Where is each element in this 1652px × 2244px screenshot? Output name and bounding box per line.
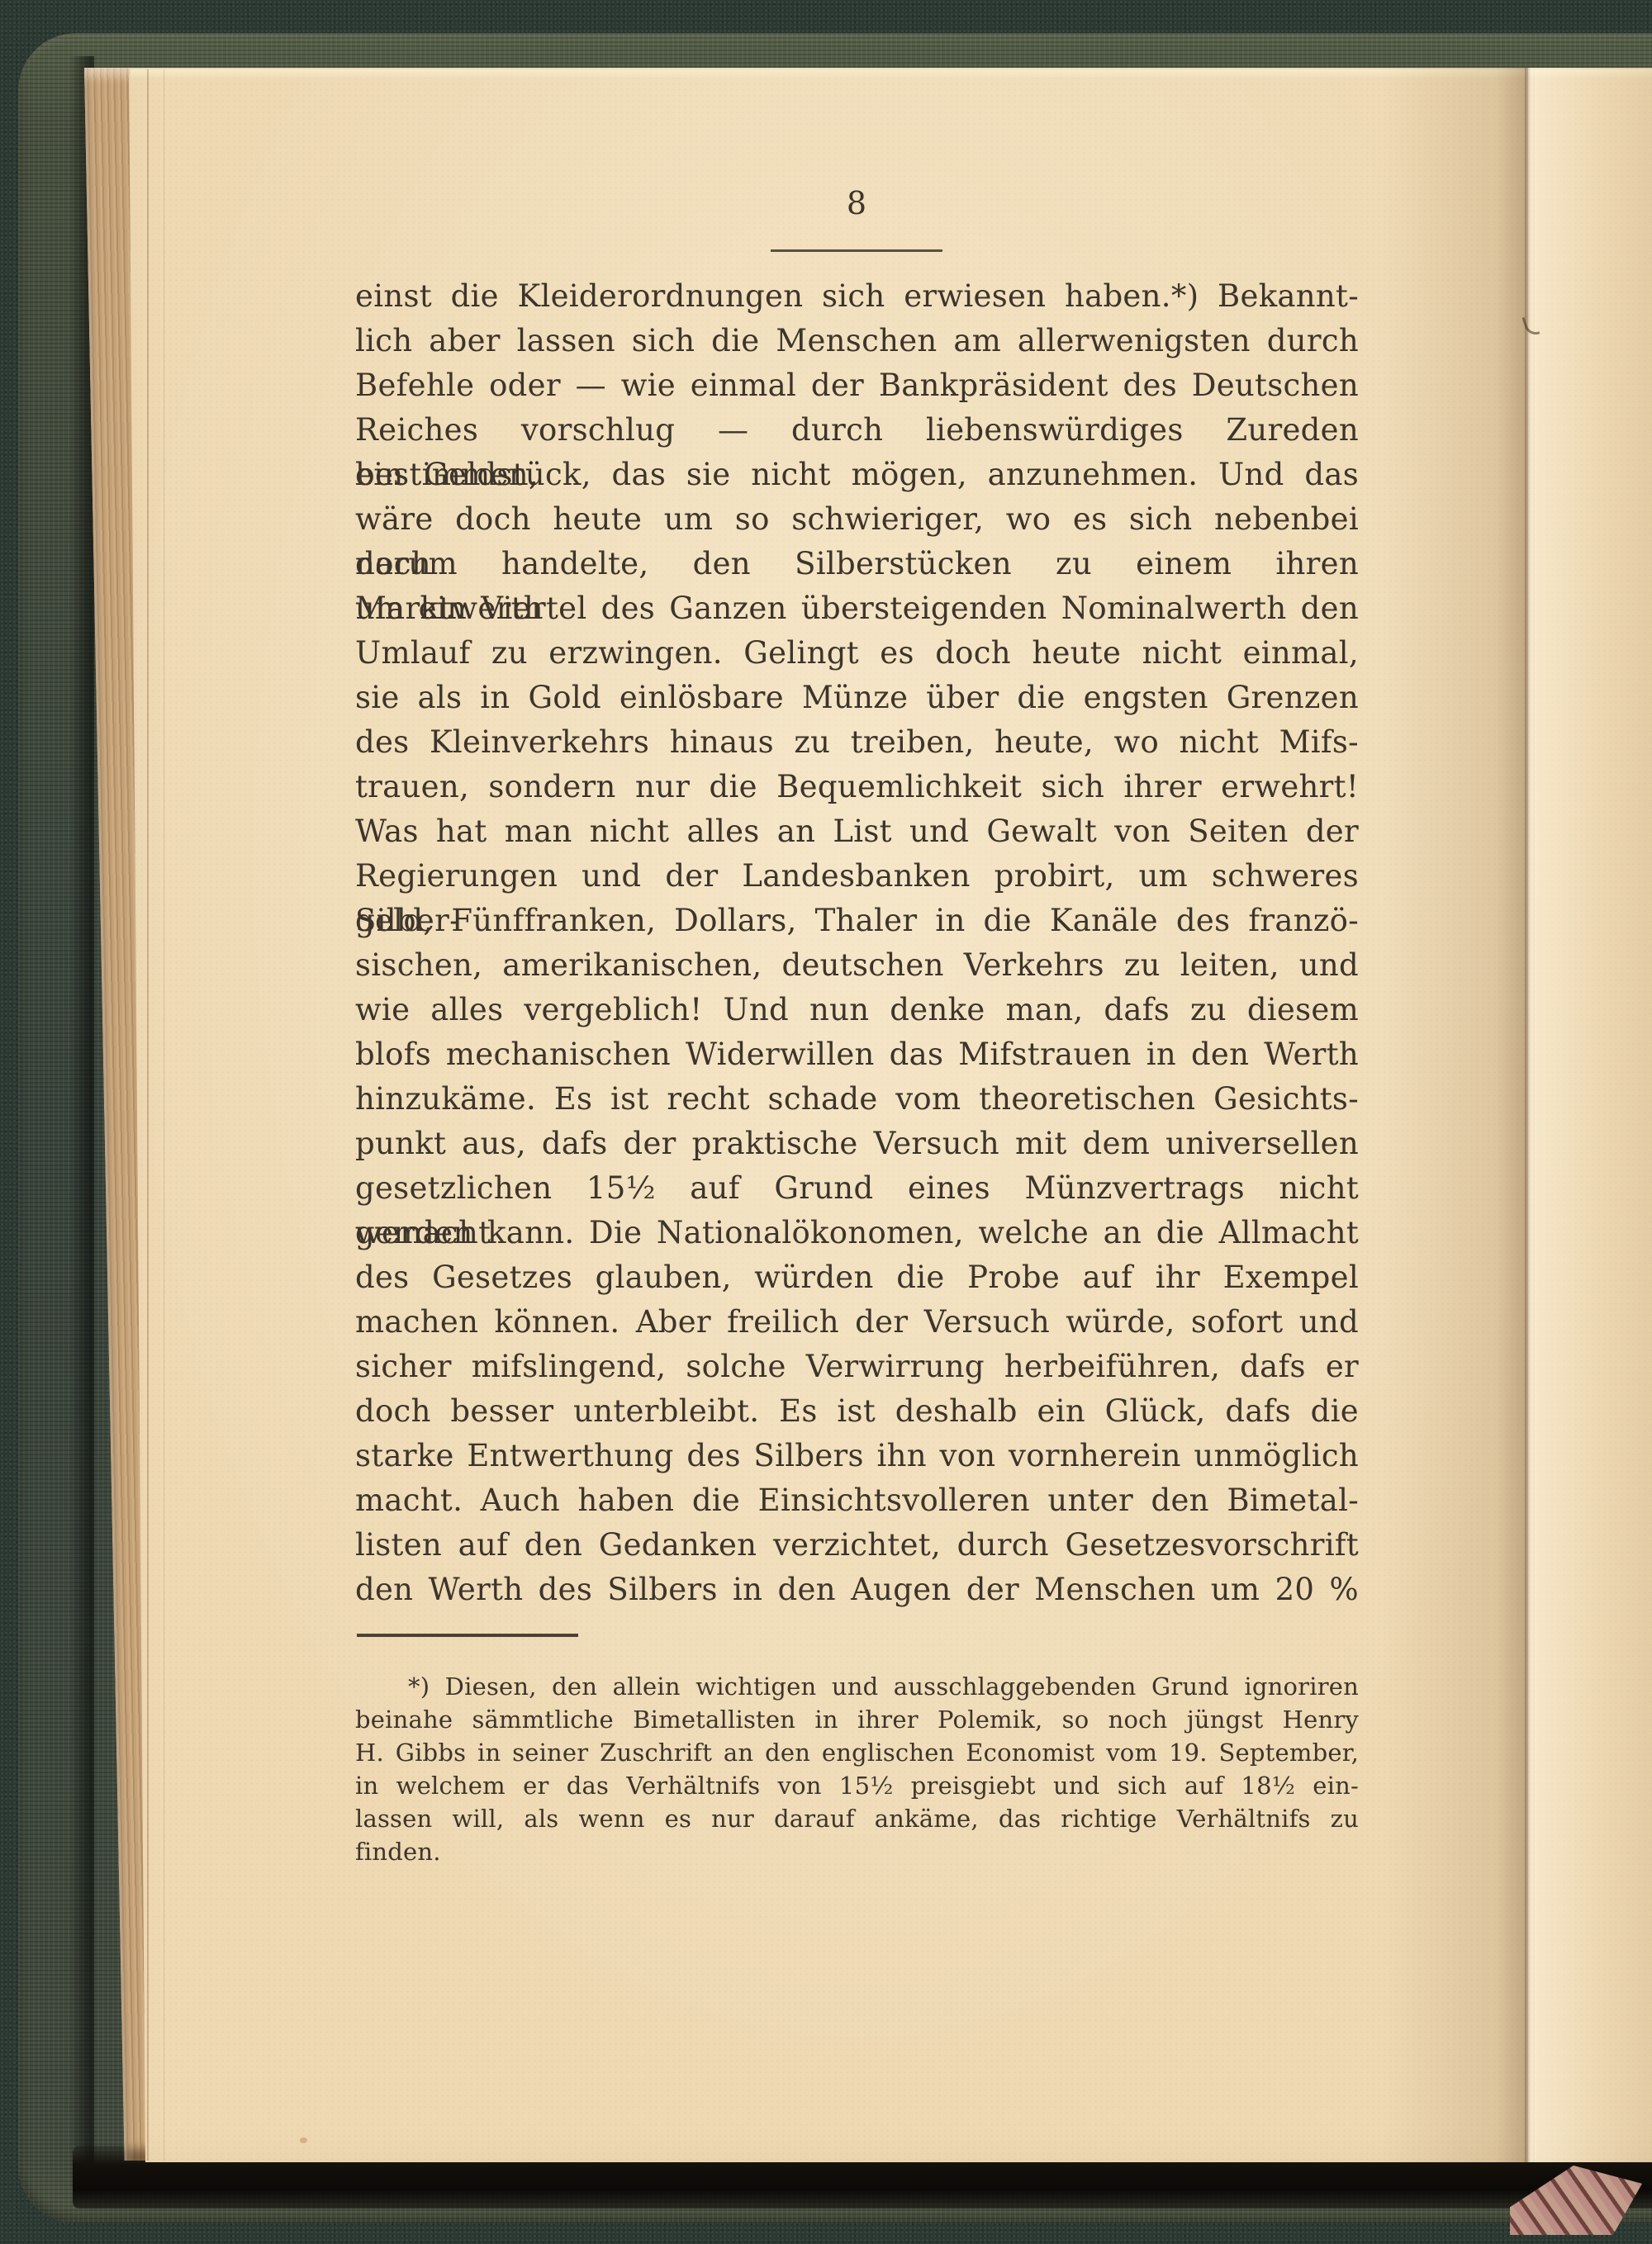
body-text: einst die Kleiderordnungen sich erwiesen… xyxy=(355,274,1359,1612)
body-line: sicher mifslingend, solche Verwirrung he… xyxy=(355,1345,1359,1389)
body-line: listen auf den Gedanken verzichtet, durc… xyxy=(355,1523,1359,1568)
body-line: Umlauf zu erzwingen. Gelingt es doch heu… xyxy=(355,631,1359,676)
footnote-line: lassen will, als wenn es nur darauf ankä… xyxy=(355,1802,1359,1835)
body-line: blofs mechanischen Widerwillen das Mifst… xyxy=(355,1032,1359,1077)
footnote-separator-rule xyxy=(357,1634,578,1637)
body-line: trauen, sondern nur die Bequemlichkeit s… xyxy=(355,765,1359,809)
body-line: Befehle oder — wie einmal der Bankpräsid… xyxy=(355,363,1359,408)
body-line: wie alles vergeblich! Und nun denke man,… xyxy=(355,988,1359,1032)
footnote-line: *) Diesen, den allein wichtigen und auss… xyxy=(355,1670,1359,1703)
body-line: Reiches vorschlug — durch liebenswürdige… xyxy=(355,408,1359,453)
body-line: punkt aus, dafs der praktische Versuch m… xyxy=(355,1122,1359,1166)
body-line: macht. Auch haben die Einsichtsvolleren … xyxy=(355,1478,1359,1523)
gutter-fold-shadow xyxy=(1381,68,1528,2162)
footnote-line: beinahe sämmtliche Bimetallisten in ihre… xyxy=(355,1703,1359,1736)
body-line: ein Geldstück, das sie nicht mögen, anzu… xyxy=(355,453,1359,497)
footnote-text: *) Diesen, den allein wichtigen und auss… xyxy=(355,1670,1359,1868)
body-line: werden kann. Die Nationalökonomen, welch… xyxy=(355,1211,1359,1255)
body-line: sie als in Gold einlösbare Münze über di… xyxy=(355,676,1359,720)
facing-page-curve xyxy=(1535,68,1652,2162)
body-line: um ein Viertel des Ganzen übersteigenden… xyxy=(355,586,1359,631)
page-number-rule xyxy=(771,249,942,252)
body-line: den Werth des Silbers in den Augen der M… xyxy=(355,1568,1359,1612)
page-number: 8 xyxy=(355,185,1359,221)
body-line: Was hat man nicht alles an List und Gewa… xyxy=(355,809,1359,854)
book-page: 8 einst die Kleiderordnungen sich erwies… xyxy=(0,0,1652,2244)
page-crease-line xyxy=(164,69,164,2161)
footnote-line: in welchem er das Verhältnifs von 15½ pr… xyxy=(355,1769,1359,1802)
body-line: hinzukäme. Es ist recht schade vom theor… xyxy=(355,1077,1359,1122)
body-line: des Kleinverkehrs hinaus zu treiben, heu… xyxy=(355,720,1359,765)
book-photograph: 8 einst die Kleiderordnungen sich erwies… xyxy=(0,0,1652,2244)
body-line: lich aber lassen sich die Menschen am al… xyxy=(355,319,1359,363)
body-line: einst die Kleiderordnungen sich erwiesen… xyxy=(355,274,1359,319)
page-crease-line xyxy=(147,69,149,2161)
body-line: doch besser unterbleibt. Es ist deshalb … xyxy=(355,1389,1359,1434)
body-line: gesetzlichen 15½ auf Grund eines Münzver… xyxy=(355,1166,1359,1211)
body-line: wäre doch heute um so schwieriger, wo es… xyxy=(355,497,1359,542)
body-line: geld, Fünffranken, Dollars, Thaler in di… xyxy=(355,899,1359,943)
body-line: des Gesetzes glauben, würden die Probe a… xyxy=(355,1255,1359,1300)
footnote-line: finden. xyxy=(355,1835,1359,1868)
foxing-spot xyxy=(300,2137,307,2143)
body-line: machen können. Aber freilich der Versuch… xyxy=(355,1300,1359,1345)
body-line: starke Entwerthung des Silbers ihn von v… xyxy=(355,1434,1359,1478)
body-line: sischen, amerikanischen, deutschen Verke… xyxy=(355,943,1359,988)
body-line: Regierungen und der Landesbanken probirt… xyxy=(355,854,1359,899)
footnote-line: H. Gibbs in seiner Zuschrift an den engl… xyxy=(355,1736,1359,1769)
body-line: darum handelte, den Silberstücken zu ein… xyxy=(355,542,1359,586)
